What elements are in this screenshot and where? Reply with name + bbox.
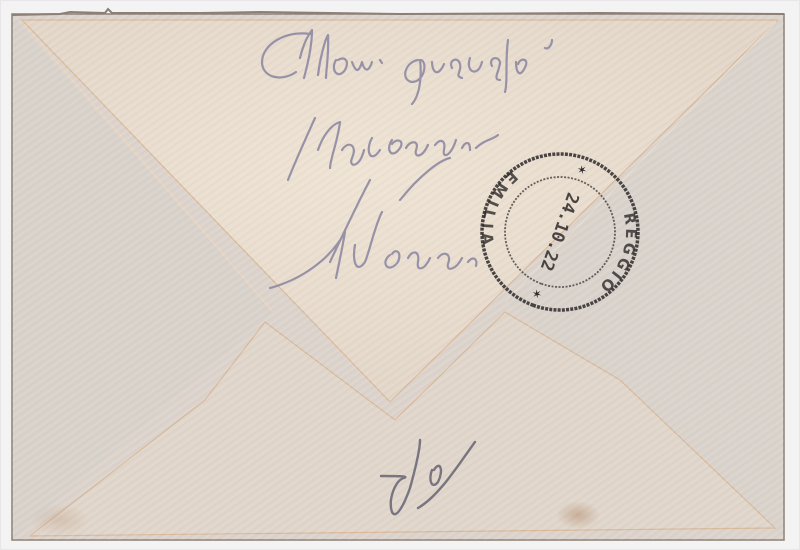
envelope [12,9,784,540]
stain-spot [556,501,600,529]
envelope-photo: REGGIO EMILIA ✶ ✶ 24.10.22 [0,0,800,550]
stain-spot [30,504,90,536]
paper-texture [12,14,784,540]
